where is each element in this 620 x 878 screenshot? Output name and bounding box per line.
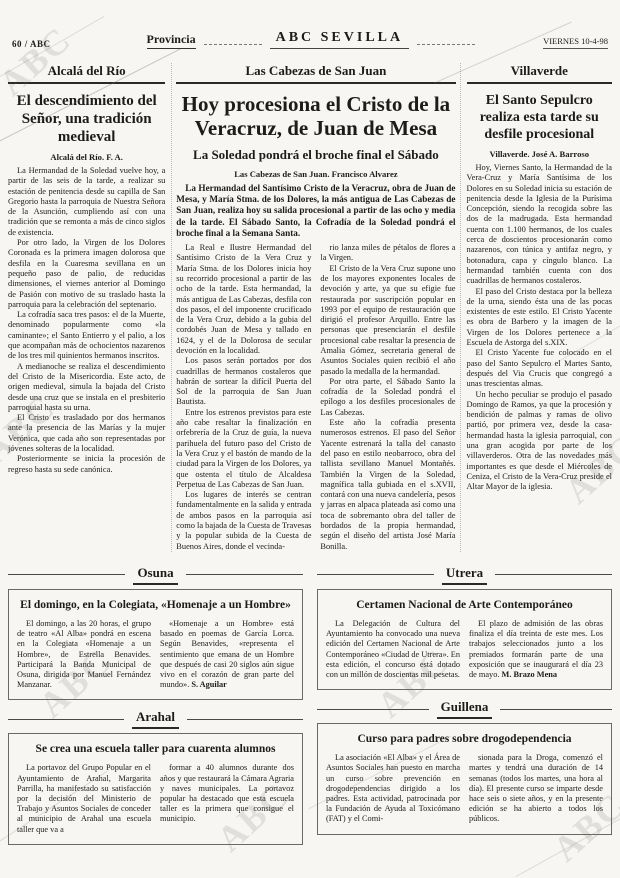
author-credit: M. Brazo Mena [502, 670, 558, 679]
header-rule [204, 44, 262, 45]
article-paragraph: El domingo, a las 20 horas, el grupo de … [17, 619, 151, 690]
section-utrera: Utrera Certamen Nacional de Arte Contemp… [317, 565, 612, 690]
box-headline: El domingo, en la Colegiata, «Homenaje a… [17, 599, 294, 611]
section-osuna: Osuna El domingo, en la Colegiata, «Home… [8, 565, 303, 700]
subcolumn-right: sionada para la Droga, comenzó el martes… [469, 753, 603, 824]
article-paragraph: Posteriormente se inicia la procesión de… [8, 454, 165, 475]
town-header-villaverde: Villaverde [467, 63, 613, 84]
bottom-left-column: Osuna El domingo, en la Colegiata, «Home… [8, 556, 303, 845]
box-headline: Se crea una escuela taller para cuarenta… [17, 743, 294, 755]
article-paragraph: El Cristo de la Vera Cruz supone uno de … [320, 264, 455, 377]
subcolumn-right: El plazo de admisión de las obras finali… [469, 619, 603, 680]
article-paragraph: El paso del Cristo destaca por la bellez… [467, 287, 613, 349]
article-paragraph: sionada para la Droga, comenzó el martes… [469, 753, 603, 824]
town-header-osuna: Osuna [8, 565, 303, 585]
subcolumn-right: «Homenaje a un Hombre» está basado en po… [160, 619, 294, 690]
box-headline: Certamen Nacional de Arte Contemporáneo [326, 599, 603, 611]
article-paragraph: La Hermandad de la Soledad vuelve hoy, a… [8, 166, 165, 238]
article-body: Hoy, Viernes Santo, la Hermandad de la V… [467, 163, 613, 493]
article-paragraph: Entre los estrenos previstos para este a… [176, 408, 311, 490]
article-alcala-del-rio: Alcalá del Río El descendimiento del Señ… [8, 63, 165, 552]
subcolumn-left: El domingo, a las 20 horas, el grupo de … [17, 619, 151, 690]
town-header-cabezas: Las Cabezas de San Juan [176, 63, 455, 84]
article-title: El descendimiento del Señor, una tradici… [12, 92, 161, 146]
article-box: Se crea una escuela taller para cuarenta… [8, 733, 303, 844]
section-arahal: Arahal Se crea una escuela taller para c… [8, 709, 303, 844]
main-headline: Hoy procesiona el Cristo de la Veracruz,… [178, 92, 453, 140]
article-paragraph: El Cristo es trasladado por dos hermanos… [8, 413, 165, 454]
page-number: 60 / ABC [12, 39, 51, 49]
article-paragraph: La Delegación de Cultura del Ayuntamient… [326, 619, 460, 680]
article-paragraph: Este año la cofradía presenta numerosos … [320, 418, 455, 552]
subheadline: La Soledad pondrá el broche final el Sáb… [176, 147, 455, 163]
town-header-guillena: Guillena [317, 699, 612, 719]
town-label: Arahal [132, 709, 179, 729]
town-label: Osuna [133, 565, 177, 585]
article-paragraph: Los pasos serán portados por dos cuadril… [176, 356, 311, 407]
article-byline: Villaverde. José A. Barroso [467, 149, 613, 159]
article-paragraph: formar a 40 alumnos durante dos años y q… [160, 763, 294, 824]
subcolumn-left: La Real e Ilustre Hermandad del Santísim… [176, 243, 311, 552]
article-paragraph: A medianoche se realiza el descendimient… [8, 362, 165, 413]
lead-paragraph: La Hermandad del Santísimo Cristo de la … [176, 183, 455, 239]
town-label: Guillena [437, 699, 493, 719]
header-rule [417, 44, 475, 45]
town-header-alcala: Alcalá del Río [8, 63, 165, 84]
article-las-cabezas: Las Cabezas de San Juan Hoy procesiona e… [171, 63, 460, 552]
section-guillena: Guillena Curso para padres sobre drogode… [317, 699, 612, 834]
article-paragraph: Hoy, Viernes Santo, la Hermandad de la V… [467, 163, 613, 287]
article-byline: Alcalá del Río. F. A. [8, 152, 165, 162]
town-header-utrera: Utrera [317, 565, 612, 585]
top-columns: Alcalá del Río El descendimiento del Señ… [0, 49, 620, 552]
issue-date: VIERNES 10-4-98 [543, 36, 608, 49]
town-label: Utrera [442, 565, 487, 585]
article-paragraph: Un hecho peculiar se produjo el pasado D… [467, 390, 613, 493]
article-paragraph: La cofradía saca tres pasos: el de la Mu… [8, 310, 165, 361]
article-byline: Las Cabezas de San Juan. Francisco Alvar… [176, 169, 455, 179]
article-paragraph: Por otro lado, la Virgen de los Dolores … [8, 238, 165, 310]
newspaper-page: ABC ABC ABC ABC ABC ABC ABC 60 / ABC Pro… [0, 0, 620, 878]
article-paragraph: «Homenaje a un Hombre» está basado en po… [160, 619, 294, 690]
article-paragraph: rio lanza miles de pétalos de flores a l… [320, 243, 455, 264]
bottom-right-column: Utrera Certamen Nacional de Arte Contemp… [317, 556, 612, 845]
article-paragraph: Por otra parte, el Sábado Santo la cofra… [320, 377, 455, 418]
article-paragraph: El plazo de admisión de las obras finali… [469, 619, 603, 680]
masthead-title: ABC SEVILLA [270, 30, 410, 49]
box-headline: Curso para padres sobre drogodependencia [326, 733, 603, 745]
article-subcolumns: La Real e Ilustre Hermandad del Santísim… [176, 243, 455, 552]
subcolumn-left: La asociación «El Alba» y el Área de Asu… [326, 753, 460, 824]
subcolumn-left: La Delegación de Cultura del Ayuntamient… [326, 619, 460, 680]
article-villaverde: Villaverde El Santo Sepulcro realiza est… [467, 63, 613, 552]
section-label: Provincia [147, 32, 196, 49]
article-box: Certamen Nacional de Arte Contemporáneo … [317, 589, 612, 690]
article-paragraph: Los lugares de interés se centran fundam… [176, 490, 311, 552]
article-paragraph: La asociación «El Alba» y el Área de Asu… [326, 753, 460, 824]
article-box: Curso para padres sobre drogodependencia… [317, 723, 612, 834]
subcolumn-left: La portavoz del Grupo Popular en el Ayun… [17, 763, 151, 834]
subcolumn-right: formar a 40 alumnos durante dos años y q… [160, 763, 294, 834]
article-body: La Hermandad de la Soledad vuelve hoy, a… [8, 166, 165, 475]
article-title: El Santo Sepulcro realiza esta tarde su … [471, 92, 609, 143]
article-paragraph: La Real e Ilustre Hermandad del Santísim… [176, 243, 311, 356]
article-paragraph: La portavoz del Grupo Popular en el Ayun… [17, 763, 151, 834]
author-credit: S. Aguilar [191, 680, 227, 689]
subcolumn-right: rio lanza miles de pétalos de flores a l… [320, 243, 455, 552]
town-header-arahal: Arahal [8, 709, 303, 729]
article-box: El domingo, en la Colegiata, «Homenaje a… [8, 589, 303, 700]
page-header: 60 / ABC Provincia ABC SEVILLA VIERNES 1… [0, 0, 620, 49]
article-paragraph: El Cristo Yacente fue colocado en el pas… [467, 348, 613, 389]
bottom-sections: Osuna El domingo, en la Colegiata, «Home… [0, 552, 620, 845]
